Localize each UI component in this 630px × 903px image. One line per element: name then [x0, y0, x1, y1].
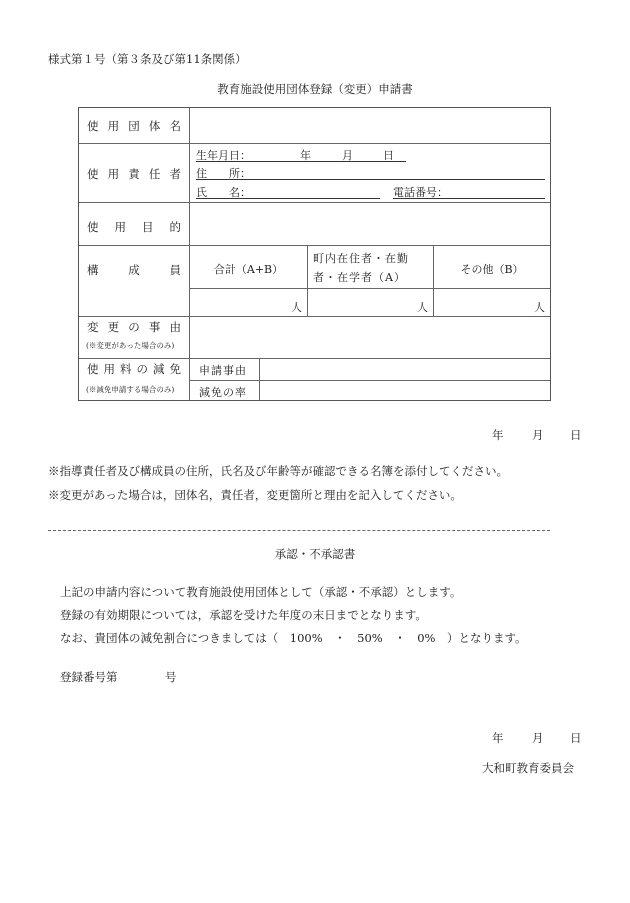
application-reason-field[interactable] [261, 360, 549, 379]
registration-number-suffix: 号 [165, 669, 177, 685]
column-divider [189, 108, 190, 400]
date-year: 年 [492, 427, 504, 443]
group-name-label: 使用団体名 [87, 118, 181, 134]
birthdate-field[interactable]: 生年月日： 年 月 日 [196, 147, 406, 162]
name-field[interactable]: 氏 名： [196, 184, 380, 199]
fee-reduction-label: 使用料の減免 [87, 361, 181, 377]
column-divider [259, 358, 260, 400]
phone-field[interactable]: 電話番号： [393, 184, 545, 199]
approval-line-2: 登録の有効期限については，承認を受けた年度の末日までとなります。 [60, 607, 427, 623]
approval-date-year: 年 [492, 730, 504, 746]
reduction-rate-label: 減免の率 [199, 384, 247, 400]
row-divider [79, 358, 550, 359]
purpose-field[interactable] [191, 204, 549, 244]
change-reason-field[interactable] [191, 318, 549, 357]
members-total-field[interactable]: 人 [191, 290, 306, 315]
members-local-field[interactable]: 人 [309, 290, 432, 315]
cut-line-divider [48, 530, 550, 531]
approval-date-day: 日 [570, 730, 582, 746]
reduction-rate-field[interactable] [261, 382, 549, 400]
row-divider [190, 288, 550, 289]
issuer-name: 大和町教育委員会 [482, 760, 574, 776]
approval-date-month: 月 [532, 730, 544, 746]
address-field[interactable]: 住 所： [196, 165, 545, 180]
approval-title: 承認・不承認書 [0, 546, 630, 562]
row-divider [79, 316, 550, 317]
date-month: 月 [532, 427, 544, 443]
form-number: 様式第１号（第３条及び第11条関係） [48, 51, 247, 67]
members-label: 構成員 [87, 262, 181, 278]
row-divider [79, 245, 550, 246]
change-reason-label: 変更の事由 [87, 319, 181, 335]
approval-line-1: 上記の申請内容について教育施設使用団体として（承認・不承認）とします。 [60, 584, 461, 600]
members-total-header: 合計（A+B） [190, 261, 307, 277]
note-change: ※変更があった場合は，団体名，責任者，変更箇所と理由を記入してください。 [48, 487, 462, 503]
approval-line-3: なお、貴団体の減免割合につきましては（ 100% ・ 50% ・ 0% ）となり… [60, 630, 527, 646]
members-local-header: 町内在住者・在勤 者・在学者（A） [313, 249, 409, 287]
group-name-field[interactable] [191, 109, 549, 142]
note-roster: ※指導責任者及び構成員の住所，氏名及び年齢等が確認できる名簿を添付してください。 [48, 463, 508, 479]
row-divider [79, 143, 550, 144]
members-other-header: その他（B） [434, 261, 550, 277]
registration-number-prefix: 登録番号第 [60, 669, 118, 685]
responsible-person-label: 使用責任者 [87, 166, 181, 182]
fee-reduction-note: (※減免申請する場合のみ) [86, 384, 174, 395]
column-divider [307, 245, 308, 316]
members-other-field[interactable]: 人 [435, 290, 549, 315]
row-divider [190, 380, 550, 381]
application-reason-label: 申請事由 [199, 362, 247, 378]
date-day: 日 [570, 427, 582, 443]
document-title: 教育施設使用団体登録（変更）申請書 [0, 81, 630, 97]
change-reason-note: (※変更があった場合のみ) [86, 340, 174, 351]
application-table: 使用団体名 使用責任者 使用目的 構成員 変更の事由 (※変更があった場合のみ)… [78, 107, 551, 401]
purpose-label: 使用目的 [87, 219, 181, 235]
column-divider [433, 245, 434, 316]
row-divider [79, 202, 550, 203]
